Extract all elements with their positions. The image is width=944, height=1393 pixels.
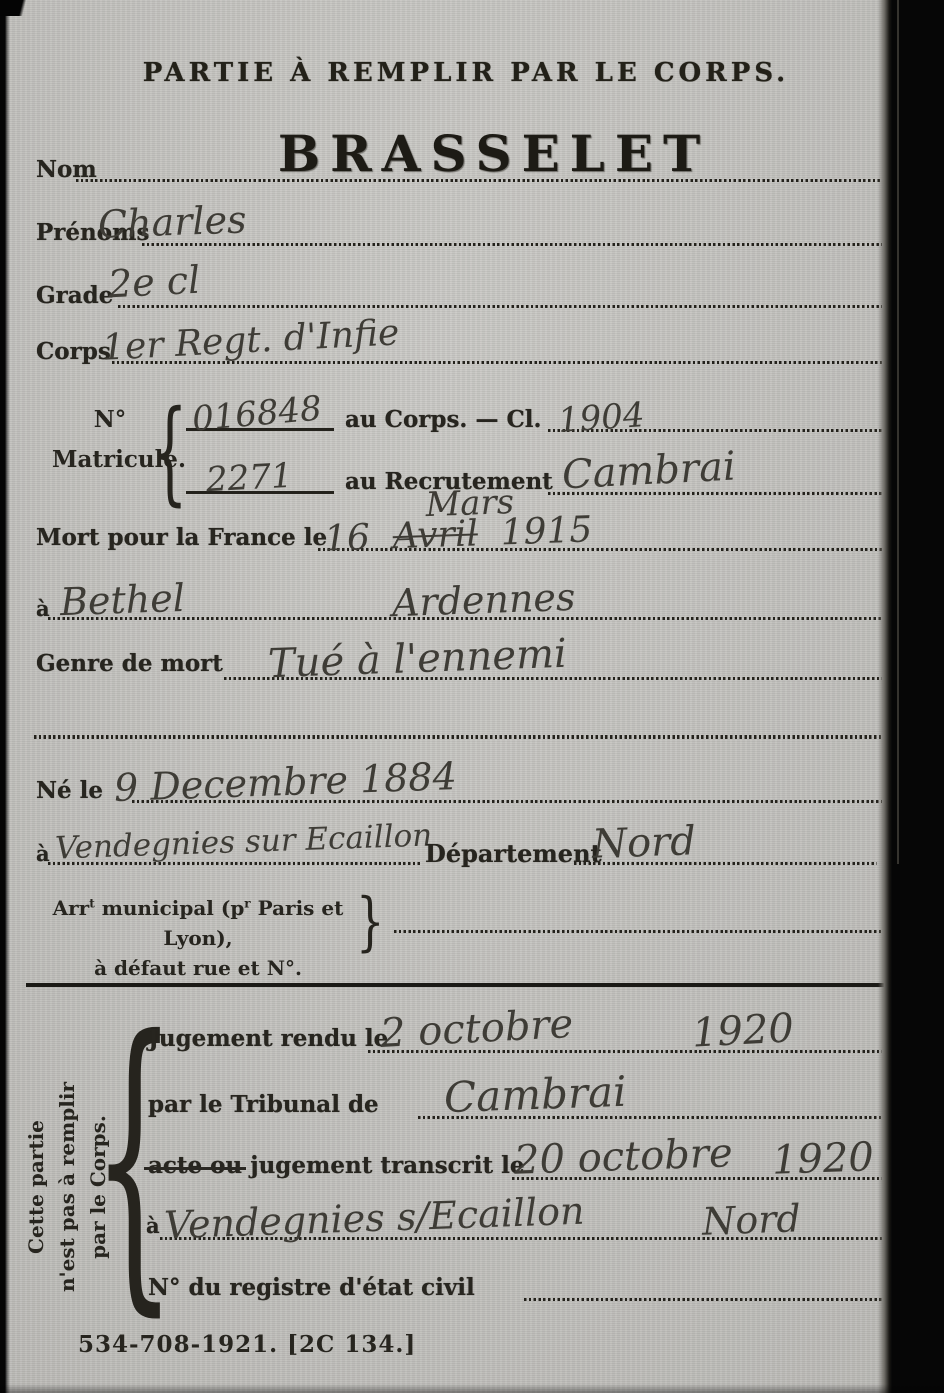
genre-de-mort-label: Genre de mort bbox=[36, 650, 223, 677]
scan-edge-sliver bbox=[897, 0, 899, 864]
naissance-commune-value: Vendegnies sur Ecaillon bbox=[54, 817, 432, 866]
tribunal-label: par le Tribunal de bbox=[148, 1091, 379, 1118]
jugement-year-value: 1920 bbox=[691, 1005, 795, 1056]
matricule-brace bbox=[152, 396, 188, 508]
transcription-label-crossed: acte ou bbox=[148, 1152, 242, 1179]
transcription-label: acte ou jugement transcrit le bbox=[148, 1152, 525, 1179]
matricule-label-line1: N° bbox=[52, 400, 168, 440]
side-note-line2: n'est pas à remplir bbox=[52, 1035, 83, 1339]
transcription-date-value: 20 octobre bbox=[513, 1130, 733, 1184]
arrondissement-label-line2: à défaut rue et N°. bbox=[36, 953, 360, 983]
arrondissement-brace bbox=[356, 890, 385, 954]
registre-label: N° du registre d'état civil bbox=[148, 1274, 475, 1301]
arrondissement-label: Arrt municipal (pr Paris et Lyon), à déf… bbox=[36, 893, 360, 983]
section-title: PARTIE À REMPLIR PAR LE CORPS. bbox=[0, 58, 938, 88]
registre-line bbox=[524, 1298, 882, 1301]
mort-label: Mort pour la France le bbox=[36, 524, 327, 551]
jugement-date-value: 2 octobre bbox=[379, 1001, 574, 1057]
transcription-year-value: 1920 bbox=[771, 1134, 874, 1184]
classe-value: 1904 bbox=[557, 395, 646, 441]
corps-label: Corps bbox=[36, 338, 111, 365]
matricule-label-line2: Matricule. bbox=[52, 440, 168, 480]
prenoms-line bbox=[142, 243, 882, 246]
paper-sheet: PARTIE À REMPLIR PAR LE CORPS. BRASSELET… bbox=[0, 0, 944, 1393]
naissance-label: Né le bbox=[36, 777, 103, 804]
matricule-recrutement-number: 2271 bbox=[205, 456, 294, 500]
transcription-lieu-label: à bbox=[146, 1213, 160, 1238]
footer-reference: 534-708-1921. [2C 134.] bbox=[78, 1331, 416, 1358]
scan-bottom-edge bbox=[0, 1384, 944, 1393]
mort-date-value: 16 Mars Avril 1915 bbox=[323, 509, 593, 559]
departement-value: Nord bbox=[591, 818, 696, 868]
grade-value: 2e cl bbox=[107, 258, 201, 307]
jugement-label: Jugement rendu le bbox=[148, 1025, 388, 1052]
mort-departement-value: Ardennes bbox=[391, 575, 576, 625]
surname-stamp: BRASSELET bbox=[22, 124, 944, 183]
mort-commune-value: Bethel bbox=[59, 576, 185, 624]
mort-day: 16 bbox=[323, 517, 370, 560]
mort-month-correction: Mars bbox=[425, 482, 515, 524]
scan-left-edge bbox=[0, 0, 10, 1393]
tribunal-value: Cambrai bbox=[443, 1067, 627, 1122]
mort-month-correction-wrap: Mars Avril bbox=[392, 513, 479, 557]
transcription-departement-value: Nord bbox=[701, 1196, 801, 1243]
grade-line bbox=[118, 305, 882, 308]
paper-right-edge-shadow bbox=[878, 0, 892, 1393]
transcription-label-text: jugement transcrit le bbox=[250, 1152, 524, 1179]
prenoms-value: Charles bbox=[97, 197, 247, 246]
side-note-line1: Cette partie bbox=[21, 1035, 52, 1339]
scan-right-edge bbox=[892, 0, 944, 1393]
recrutement-place-value: Cambrai bbox=[561, 443, 737, 498]
matricule-label: N° Matricule. bbox=[52, 400, 168, 481]
arrondissement-line bbox=[394, 930, 882, 933]
nom-line bbox=[76, 179, 882, 182]
scan-top-left-corner bbox=[0, 0, 40, 16]
section-separator-line bbox=[34, 735, 882, 739]
au-corps-label: au Corps. — Cl. bbox=[345, 406, 542, 433]
matricule-corps-number: 016848 bbox=[191, 388, 324, 439]
scanned-military-death-record: PARTIE À REMPLIR PAR LE CORPS. BRASSELET… bbox=[0, 0, 944, 1393]
grade-label: Grade bbox=[36, 282, 113, 309]
arrondissement-label-line1: Arrt municipal (pr Paris et Lyon), bbox=[36, 893, 360, 953]
